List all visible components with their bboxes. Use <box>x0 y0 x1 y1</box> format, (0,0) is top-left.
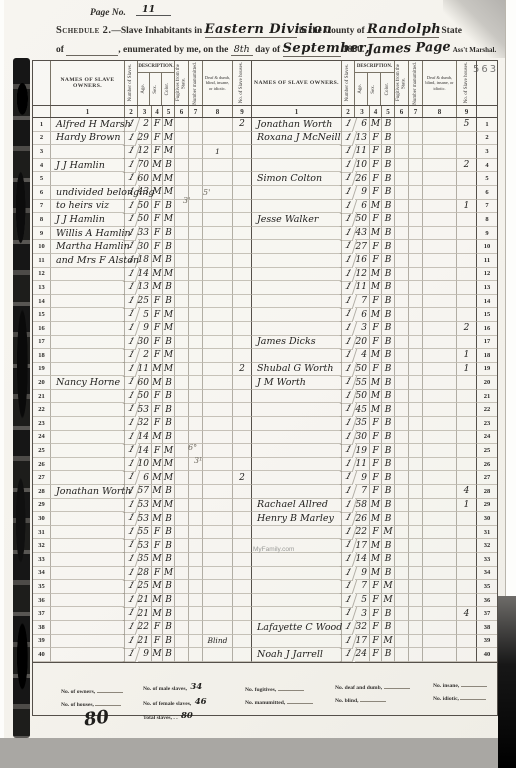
owner-name-left-17 <box>51 336 125 350</box>
owner-name-right-31 <box>252 526 342 540</box>
man-value-left-36 <box>189 594 203 608</box>
idiotic-label: No. idiotic, <box>433 696 459 702</box>
sex-value-right-25: F <box>370 444 382 458</box>
row-number-left-21: 21 <box>33 390 51 404</box>
fug-value-right-3 <box>395 145 409 159</box>
age-value-left-22: 53 <box>138 403 152 417</box>
fug-value-right-16 <box>395 322 409 336</box>
deaf-value-left-4 <box>203 159 233 173</box>
age-value-right-13: 11 <box>355 281 370 295</box>
deaf-value-left-36 <box>203 594 233 608</box>
man-value-left-30 <box>189 512 203 526</box>
binding-gutter <box>13 58 30 738</box>
houses-value-left-36 <box>233 594 252 608</box>
houses-value-right-23 <box>457 417 477 431</box>
deaf-value-right-32 <box>423 539 457 553</box>
houses-value-left-12 <box>233 268 252 282</box>
row-number-left-26: 26 <box>33 458 51 472</box>
deaf-value-right-35 <box>423 580 457 594</box>
man-value-left-23 <box>189 417 203 431</box>
col-sex-left: Sex. <box>150 73 162 105</box>
color-value-right-20: B <box>382 376 395 390</box>
total-slaves-value: 80 <box>181 711 193 721</box>
sex-value-left-19: M <box>152 363 163 377</box>
fug-value-left-5 <box>175 172 189 186</box>
houses-value-right-31 <box>457 526 477 540</box>
female-slaves-label: No. of female slaves, <box>143 701 191 707</box>
age-value-right-33: 14 <box>355 553 370 567</box>
sex-value-left-28: M <box>152 485 163 499</box>
day-of-label: day of <box>255 45 280 55</box>
fug-value-left-36 <box>175 594 189 608</box>
blind-label: No. blind, <box>335 698 358 704</box>
deaf-value-left-5 <box>203 172 233 186</box>
sex-value-left-15: F <box>152 308 163 322</box>
color-value-right-4: B <box>382 159 395 173</box>
sex-value-left-39: F <box>152 635 163 649</box>
fug-value-left-30 <box>175 512 189 526</box>
color-value-left-19: M <box>163 363 175 377</box>
sex-value-right-32: M <box>370 539 382 553</box>
deaf-value-left-10 <box>203 240 233 254</box>
owner-name-left-26 <box>51 458 125 472</box>
age-value-left-20: 60 <box>138 376 152 390</box>
color-value-right-5: B <box>382 172 395 186</box>
owner-name-right-4 <box>252 159 342 173</box>
sex-value-right-34: M <box>370 567 382 581</box>
deaf-value-left-34 <box>203 567 233 581</box>
row-number-left-14: 14 <box>33 295 51 309</box>
table-body: 1Alfred H Marsh12FM2Jonathan Worth16MB51… <box>33 118 497 662</box>
man-value-right-2 <box>409 132 423 146</box>
owner-name-left-18 <box>51 349 125 363</box>
age-value-right-15: 6 <box>355 308 370 322</box>
row-number-left-37: 37 <box>33 607 51 621</box>
owner-name-left-32 <box>51 539 125 553</box>
fug-value-left-22 <box>175 403 189 417</box>
houses-value-left-29 <box>233 499 252 513</box>
houses-value-left-8 <box>233 213 252 227</box>
fug-value-left-8 <box>175 213 189 227</box>
sex-value-left-31: F <box>152 526 163 540</box>
color-value-left-16: M <box>163 322 175 336</box>
fug-value-right-31 <box>395 526 409 540</box>
deaf-value-right-13 <box>423 281 457 295</box>
row-number-left-23: 23 <box>33 417 51 431</box>
age-value-left-4: 70 <box>138 159 152 173</box>
sex-value-left-2: F <box>152 132 163 146</box>
row-number-left-25: 25 <box>33 444 51 458</box>
age-value-left-7: 50 <box>138 200 152 214</box>
row-number-left-27: 27 <box>33 471 51 485</box>
color-value-left-35: B <box>163 580 175 594</box>
houses-value-left-13 <box>233 281 252 295</box>
age-value-left-26: 10 <box>138 458 152 472</box>
man-value-left-9 <box>189 227 203 241</box>
sex-value-right-7: M <box>370 200 382 214</box>
row-number-right-33: 33 <box>477 553 497 567</box>
color-value-left-37: B <box>163 607 175 621</box>
fug-value-right-6 <box>395 186 409 200</box>
row-number-right-38: 38 <box>477 621 497 635</box>
deaf-value-right-7 <box>423 200 457 214</box>
deaf-value-right-23 <box>423 417 457 431</box>
houses-value-left-6 <box>233 186 252 200</box>
color-value-left-32: B <box>163 539 175 553</box>
fug-value-right-25 <box>395 444 409 458</box>
color-value-right-36: M <box>382 594 395 608</box>
row-number-right-21: 21 <box>477 390 497 404</box>
fug-value-left-17 <box>175 336 189 350</box>
sex-value-left-30: M <box>152 512 163 526</box>
color-value-right-28: B <box>382 485 395 499</box>
age-value-right-17: 20 <box>355 336 370 350</box>
owner-name-left-12 <box>51 268 125 282</box>
fug-value-left-1 <box>175 118 189 132</box>
sex-value-right-11: F <box>370 254 382 268</box>
deaf-value-left-38 <box>203 621 233 635</box>
fug-value-right-19 <box>395 363 409 377</box>
row-number-right-6: 6 <box>477 186 497 200</box>
age-value-left-3: 12 <box>138 145 152 159</box>
man-value-left-4 <box>189 159 203 173</box>
color-value-right-23: B <box>382 417 395 431</box>
deaf-value-right-30 <box>423 512 457 526</box>
age-value-left-25: 14 <box>138 444 152 458</box>
row-number-right-13: 13 <box>477 281 497 295</box>
scan-background-right <box>498 596 516 768</box>
deaf-value-left-35 <box>203 580 233 594</box>
row-number-right-26: 26 <box>477 458 497 472</box>
page-no-value: 11 <box>136 4 171 16</box>
row-number-right-15: 15 <box>477 308 497 322</box>
age-value-right-10: 27 <box>355 240 370 254</box>
sex-value-left-8: F <box>152 213 163 227</box>
fug-value-right-24 <box>395 431 409 445</box>
color-value-right-11: B <box>382 254 395 268</box>
man-value-right-16 <box>409 322 423 336</box>
col-description-left: DESCRIPTION. Age. Sex. Color. <box>138 61 175 105</box>
sex-value-right-19: F <box>370 363 382 377</box>
houses-value-left-5 <box>233 172 252 186</box>
color-value-right-12: B <box>382 268 395 282</box>
row-number-right-12: 12 <box>477 268 497 282</box>
deaf-value-left-29 <box>203 499 233 513</box>
man-value-left-7 <box>189 200 203 214</box>
owner-name-left-21 <box>51 390 125 404</box>
houses-value-left-14 <box>233 295 252 309</box>
rownum-header-right <box>477 61 497 105</box>
houses-value-right-19: 1 <box>457 363 477 377</box>
color-value-left-36: B <box>163 594 175 608</box>
deaf-value-right-11 <box>423 254 457 268</box>
man-value-right-20 <box>409 376 423 390</box>
deaf-value-right-19 <box>423 363 457 377</box>
age-value-right-20: 55 <box>355 376 370 390</box>
owner-name-left-20: Nancy Horne <box>51 376 125 390</box>
sex-value-right-38: F <box>370 621 382 635</box>
sex-value-left-25: F <box>152 444 163 458</box>
owner-name-left-14 <box>51 295 125 309</box>
color-value-right-16: B <box>382 322 395 336</box>
houses-value-right-34 <box>457 567 477 581</box>
sex-value-right-39: F <box>370 635 382 649</box>
color-value-right-18: B <box>382 349 395 363</box>
color-value-left-1: M <box>163 118 175 132</box>
color-value-right-6: B <box>382 186 395 200</box>
sex-value-left-16: F <box>152 322 163 336</box>
age-value-right-26: 11 <box>355 458 370 472</box>
houses-value-right-26 <box>457 458 477 472</box>
color-value-right-7: B <box>382 200 395 214</box>
houses-value-left-32 <box>233 539 252 553</box>
fug-value-left-9 <box>175 227 189 241</box>
row-number-right-30: 30 <box>477 512 497 526</box>
man-value-right-39 <box>409 635 423 649</box>
man-value-left-20 <box>189 376 203 390</box>
footer-insane-group: No. insane, No. idiotic, <box>433 681 487 706</box>
page-number-line: Page No. 11 <box>90 8 126 18</box>
pencil-mark: 3' <box>183 196 190 205</box>
age-value-right-3: 11 <box>355 145 370 159</box>
fug-value-right-4 <box>395 159 409 173</box>
sex-value-left-3: F <box>152 145 163 159</box>
row-number-left-28: 28 <box>33 485 51 499</box>
sex-value-left-37: M <box>152 607 163 621</box>
row-number-left-9: 9 <box>33 227 51 241</box>
owner-name-left-30 <box>51 512 125 526</box>
man-value-left-3 <box>189 145 203 159</box>
deaf-value-right-17 <box>423 336 457 350</box>
fug-value-right-34 <box>395 567 409 581</box>
owner-name-right-29: Rachael Allred <box>252 499 342 513</box>
row-number-right-19: 19 <box>477 363 497 377</box>
sex-value-left-21: F <box>152 390 163 404</box>
color-value-left-31: B <box>163 526 175 540</box>
age-value-left-28: 57 <box>138 485 152 499</box>
color-value-left-23: B <box>163 417 175 431</box>
houses-value-left-10 <box>233 240 252 254</box>
deaf-value-left-24 <box>203 431 233 445</box>
age-value-right-19: 50 <box>355 363 370 377</box>
age-value-right-28: 7 <box>355 485 370 499</box>
houses-value-right-7: 1 <box>457 200 477 214</box>
man-value-right-38 <box>409 621 423 635</box>
page-no-label: Page No. <box>90 8 126 18</box>
age-value-right-39: 17 <box>355 635 370 649</box>
owner-name-left-15 <box>51 308 125 322</box>
man-value-right-13 <box>409 281 423 295</box>
fug-value-left-34 <box>175 567 189 581</box>
houses-value-right-14 <box>457 295 477 309</box>
col-number-right: Number of Slaves. <box>342 61 355 105</box>
color-value-right-33: B <box>382 553 395 567</box>
owner-name-left-16 <box>51 322 125 336</box>
owner-name-left-35 <box>51 580 125 594</box>
houses-value-right-8 <box>457 213 477 227</box>
scan-background-bottom <box>0 738 516 768</box>
age-value-right-27: 9 <box>355 471 370 485</box>
man-value-right-22 <box>409 403 423 417</box>
deaf-value-left-21 <box>203 390 233 404</box>
owner-name-right-14 <box>252 295 342 309</box>
owner-name-left-38 <box>51 621 125 635</box>
color-value-left-10: B <box>163 240 175 254</box>
color-value-right-1: B <box>382 118 395 132</box>
owner-name-right-40: Noah J Jarrell <box>252 648 342 662</box>
color-value-left-30: B <box>163 512 175 526</box>
houses-value-left-17 <box>233 336 252 350</box>
houses-value-right-9 <box>457 227 477 241</box>
owner-name-right-12 <box>252 268 342 282</box>
man-value-right-37 <box>409 607 423 621</box>
row-number-right-31: 31 <box>477 526 497 540</box>
fug-value-right-1 <box>395 118 409 132</box>
row-number-left-18: 18 <box>33 349 51 363</box>
owner-name-left-1: Alfred H Marsh <box>51 118 125 132</box>
row-number-left-33: 33 <box>33 553 51 567</box>
houses-value-left-27: 2 <box>233 471 252 485</box>
color-value-right-32: B <box>382 539 395 553</box>
fug-value-left-4 <box>175 159 189 173</box>
houses-value-right-37: 4 <box>457 607 477 621</box>
fug-value-left-10 <box>175 240 189 254</box>
sex-value-left-33: M <box>152 553 163 567</box>
deaf-value-left-30 <box>203 512 233 526</box>
owner-name-left-37 <box>51 607 125 621</box>
age-value-right-38: 32 <box>355 621 370 635</box>
houses-value-right-40 <box>457 648 477 662</box>
fug-value-right-40 <box>395 648 409 662</box>
houses-value-left-39 <box>233 635 252 649</box>
fug-value-left-12 <box>175 268 189 282</box>
man-value-right-28 <box>409 485 423 499</box>
fug-value-right-18 <box>395 349 409 363</box>
marshal-signature: James Page <box>366 40 450 58</box>
owner-name-right-6 <box>252 186 342 200</box>
color-value-left-2: M <box>163 132 175 146</box>
in-county-label: in the County of <box>299 26 365 36</box>
fug-value-left-27 <box>175 471 189 485</box>
houses-value-left-18 <box>233 349 252 363</box>
sex-value-left-18: F <box>152 349 163 363</box>
color-value-right-15: B <box>382 308 395 322</box>
color-value-left-17: B <box>163 336 175 350</box>
sex-value-right-4: F <box>370 159 382 173</box>
pencil-mark: 6° <box>188 443 197 452</box>
sex-value-right-9: M <box>370 227 382 241</box>
deaf-value-left-11 <box>203 254 233 268</box>
owner-name-right-8: Jesse Walker <box>252 213 342 227</box>
row-number-right-28: 28 <box>477 485 497 499</box>
fug-value-left-25 <box>175 444 189 458</box>
color-value-right-25: B <box>382 444 395 458</box>
fug-value-left-16 <box>175 322 189 336</box>
owner-name-left-28: Jonathan Worth <box>51 485 125 499</box>
man-value-left-38 <box>189 621 203 635</box>
total-slaves-label: Total slaves, . . <box>143 715 178 721</box>
sex-value-right-17: F <box>370 336 382 350</box>
row-number-left-8: 8 <box>33 213 51 227</box>
man-value-left-5 <box>189 172 203 186</box>
year-label: 1860. <box>343 45 364 55</box>
color-value-left-39: B <box>163 635 175 649</box>
color-value-right-37: B <box>382 607 395 621</box>
row-number-right-1: 1 <box>477 118 497 132</box>
houses-value-left-34 <box>233 567 252 581</box>
color-value-left-11: B <box>163 254 175 268</box>
deaf-value-left-15 <box>203 308 233 322</box>
man-value-right-19 <box>409 363 423 377</box>
row-number-right-17: 17 <box>477 336 497 350</box>
owner-name-left-8: J J Hamlin <box>51 213 125 227</box>
age-value-left-11: 18 <box>138 254 152 268</box>
owner-name-right-1: Jonathan Worth <box>252 118 342 132</box>
deaf-value-right-39 <box>423 635 457 649</box>
deaf-value-right-33 <box>423 553 457 567</box>
color-value-right-13: B <box>382 281 395 295</box>
owner-name-left-19 <box>51 363 125 377</box>
row-number-left-22: 22 <box>33 403 51 417</box>
age-value-right-36: 5 <box>355 594 370 608</box>
row-number-right-14: 14 <box>477 295 497 309</box>
col-color-left: Color. <box>162 73 174 105</box>
age-value-left-34: 28 <box>138 567 152 581</box>
owner-name-right-38: Lafayette C Wood <box>252 621 342 635</box>
row-number-right-25: 25 <box>477 444 497 458</box>
houses-value-left-23 <box>233 417 252 431</box>
age-value-right-34: 9 <box>355 567 370 581</box>
sex-value-left-13: M <box>152 281 163 295</box>
color-value-right-17: B <box>382 336 395 350</box>
color-value-left-14: B <box>163 295 175 309</box>
row-number-left-19: 19 <box>33 363 51 377</box>
fug-value-left-28 <box>175 485 189 499</box>
age-value-right-32: 17 <box>355 539 370 553</box>
enumeration-line: of , enumerated by me, on the 8th day of… <box>56 41 496 57</box>
sex-value-right-28: F <box>370 485 382 499</box>
deaf-value-left-9 <box>203 227 233 241</box>
man-value-left-18 <box>189 349 203 363</box>
man-value-left-15 <box>189 308 203 322</box>
age-value-right-18: 4 <box>355 349 370 363</box>
sex-value-right-22: M <box>370 403 382 417</box>
color-value-left-13: B <box>163 281 175 295</box>
man-value-right-34 <box>409 567 423 581</box>
sex-value-left-38: F <box>152 621 163 635</box>
fug-value-left-20 <box>175 376 189 390</box>
sex-value-left-26: M <box>152 458 163 472</box>
color-value-left-40: B <box>163 648 175 662</box>
sex-value-right-5: F <box>370 172 382 186</box>
col-sex-right: Sex. <box>368 73 381 105</box>
owner-name-right-20: J M Worth <box>252 376 342 390</box>
deaf-value-right-10 <box>423 240 457 254</box>
deaf-value-left-7 <box>203 200 233 214</box>
houses-value-right-13 <box>457 281 477 295</box>
fug-value-left-39 <box>175 635 189 649</box>
man-value-right-30 <box>409 512 423 526</box>
of-label: of <box>56 45 64 55</box>
fug-value-right-39 <box>395 635 409 649</box>
color-value-right-19: B <box>382 363 395 377</box>
owner-name-left-40 <box>51 648 125 662</box>
row-number-right-34: 34 <box>477 567 497 581</box>
row-number-left-35: 35 <box>33 580 51 594</box>
houses-value-right-11 <box>457 254 477 268</box>
owner-name-right-9 <box>252 227 342 241</box>
man-value-left-6 <box>189 186 203 200</box>
